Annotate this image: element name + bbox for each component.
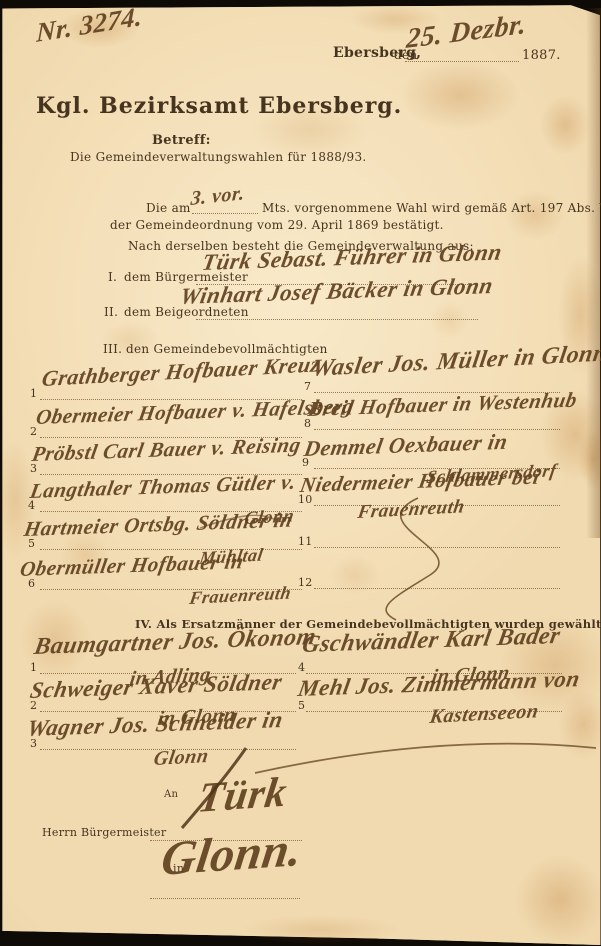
body-line1-rule: [192, 213, 258, 214]
council-row-num: 1: [30, 387, 37, 400]
footer-addressee-handwritten: Türk: [195, 768, 290, 823]
substitute-row-name-line2-handwritten: Glonn: [152, 745, 210, 771]
office-2-numeral: II.: [104, 305, 118, 319]
office-1-numeral: I.: [108, 270, 117, 284]
body-line2: der Gemeindeordnung vom 29. April 1869 b…: [110, 218, 444, 232]
office-2-rule: [196, 319, 478, 320]
footer-place-handwritten: Glonn.: [158, 822, 306, 887]
substitute-row-num: 4: [298, 661, 305, 674]
body-line1-post: Mts. vorgenommene Wahl wird gemäß Art. 1…: [262, 201, 601, 215]
substitute-row-num: 1: [30, 661, 37, 674]
footer-addressee-label: Herrn Bürgermeister: [42, 826, 166, 839]
scanned-document: Nr. 3274. Ebersberg, den 25. Dezbr. 1887…: [0, 0, 601, 946]
council-row-rule: [314, 588, 560, 589]
dateline-rule: [405, 61, 519, 62]
dateline-year: 1887.: [522, 48, 561, 63]
subject-text: Die Gemeindeverwaltungswahlen für 1888/9…: [70, 150, 367, 164]
council-row-num: 12: [298, 576, 313, 589]
letterhead-title: Kgl. Bezirksamt Ebersberg.: [36, 93, 402, 119]
council-row-rule: [314, 547, 560, 548]
council-row-rule: [314, 429, 560, 430]
office-3-numeral: III.: [103, 342, 122, 356]
subject-label: Betreff:: [152, 133, 211, 148]
council-row-num: 11: [298, 535, 313, 548]
footer-an-label: An: [164, 789, 178, 800]
footer-in-rule: [150, 898, 300, 899]
body-line1-pre: Die am: [146, 201, 191, 215]
